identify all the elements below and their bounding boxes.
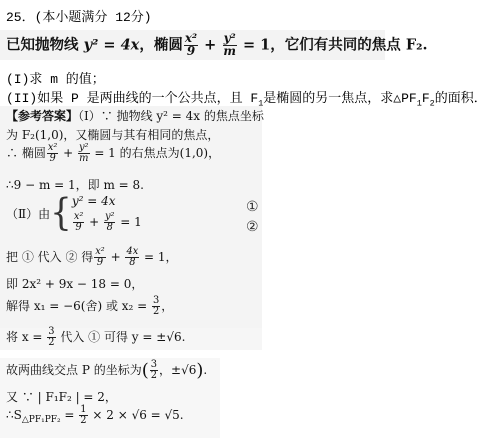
answer-line-1: 【参考答案】（Ⅰ）∵ 抛物线 y² = 4x 的焦点坐标 [6,107,264,124]
answer-line-10: 故两曲线交点 P 的坐标为(32，±√6). [6,360,207,381]
equation-system: y² = 4xx²9 + y²8 = 1 [72,194,142,233]
answer-line-6: 把 ① 代入 ② 得x²9 + 4x8 = 1， [6,247,178,268]
part-1: (I)求 m 的值； [6,68,105,87]
parabola-eq: y² = 4x [84,36,140,53]
fraction: 12 [79,405,87,426]
problem-number: 25．(本小题满分 12分) [6,6,152,25]
problem-statement: 已知抛物线 y² = 4x，椭圆x²9 + y²m = 1，它们有共同的焦点 F… [6,33,428,58]
statement-suffix: 它们有共同的焦点 F₂. [285,36,428,53]
equation-marker-2: ② [246,219,259,235]
fraction: 4x8 [125,247,139,268]
fraction: x²9 [47,143,58,164]
answer-line-9: 将 x = 32 代入 ① 可得 y = ±√6. [6,327,185,348]
fraction: x²9 [73,212,84,233]
equation-marker-1: ① [246,199,259,215]
answer-line-4: ∴9 − m = 1，即 m = 8. [6,176,144,193]
answer-line-5-system: （Ⅱ）由{y² = 4xx²9 + y²8 = 1 [6,194,142,233]
answer-line-7: 即 2x² + 9x − 18 = 0， [6,275,143,292]
answer-line-2: 为 F₂(1,0)，又椭圆与其有相同的焦点， [6,126,219,143]
answer-line-3: ∴ 椭圆x²9 + y²m = 1 的右焦点为(1,0)， [6,143,220,164]
answer-line-8: 解得 x₁ = −6(舍) 或 x₂ = 32， [6,296,173,317]
fraction: y²m [222,33,237,58]
fraction: 32 [47,327,55,348]
answer-line-12: ∴S△PF₁PF₂ = 12 × 2 × √6 = √5. [6,405,184,426]
left-brace: { [50,195,72,232]
answer-line-11: 又 ∵ | F₁F₂ | = 2， [6,388,117,405]
statement-prefix: 已知抛物线 [6,36,84,53]
fraction: 32 [150,360,158,381]
fraction: y²m [78,143,90,164]
fraction: x²9 [184,33,198,58]
statement-mid: ，椭圆 [139,36,183,53]
answer-label: 【参考答案】 [6,109,78,123]
fraction: x²9 [94,247,105,268]
fraction: y²8 [104,212,116,233]
left-paren: ( [142,360,149,381]
fraction: 32 [152,296,160,317]
